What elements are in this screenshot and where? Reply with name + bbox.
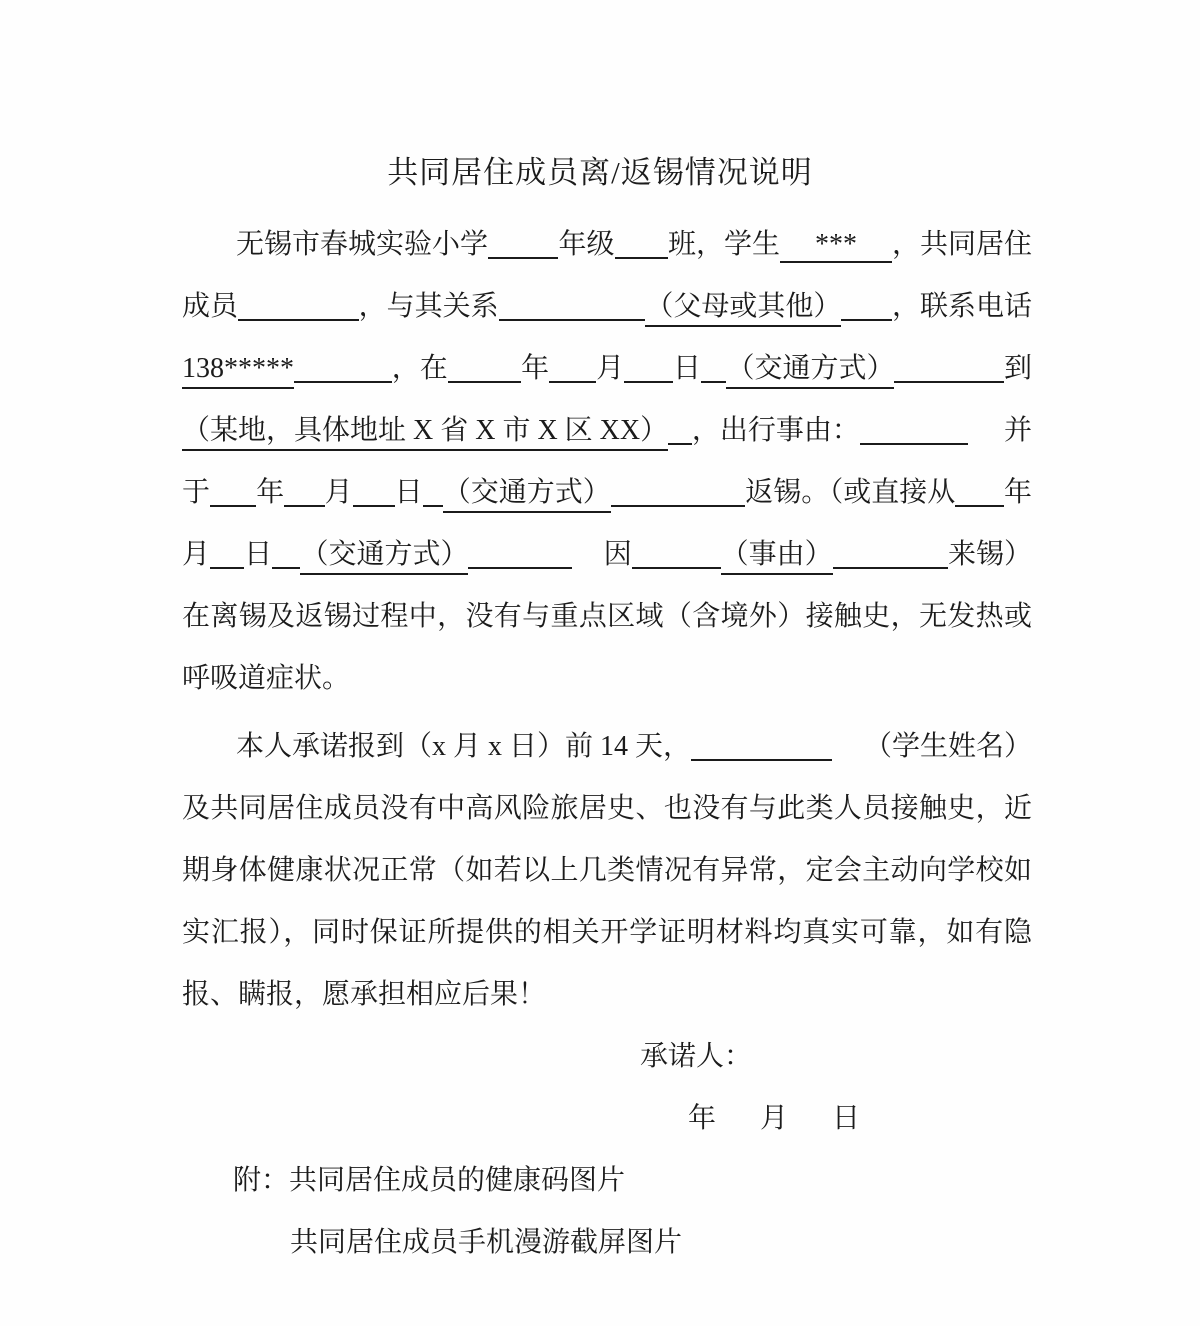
blank-field <box>833 567 948 569</box>
blank-field <box>423 505 443 507</box>
blank-field <box>210 505 256 507</box>
underlined-text-segment: 138***** <box>182 351 294 389</box>
text-segment: 月 <box>596 351 624 387</box>
text-segment: （学生姓名） <box>864 729 1032 765</box>
blank-field <box>353 505 395 507</box>
text-segment: ，出行事由： <box>692 413 860 449</box>
spacer <box>832 754 864 755</box>
blank-field <box>549 381 596 383</box>
blank-field <box>894 381 1004 383</box>
attachment-item-2: 共同居住成员手机漫游截屏图片 <box>290 1227 682 1258</box>
blank-field <box>272 567 300 569</box>
underlined-text-segment: （父母或其他） <box>645 289 841 327</box>
text-segment: 月 <box>325 475 353 511</box>
text-segment: 及共同居住成员没有中高风险旅居史、也没有与此类人员接触史，近 <box>182 793 1032 824</box>
text-segment: ，在 <box>392 351 448 387</box>
blank-field <box>624 381 673 383</box>
blank-field <box>615 257 668 259</box>
document-line: （某地，具体地址 X 省 X 市 X 区 XX），出行事由：并 <box>182 400 1032 462</box>
attachment-line-2: 共同居住成员手机漫游截屏图片 <box>182 1212 1032 1274</box>
blank-field <box>955 505 1004 507</box>
text-segment: 实汇报），同时保证所提供的相关开学证明材料均真实可靠，如有隐 <box>182 917 1032 948</box>
document-line: 报、瞒报，愿承担相应后果！ <box>182 964 1032 1026</box>
blank-field <box>611 505 745 507</box>
document-line: 于年月日（交通方式）返锡。（或直接从年 <box>182 462 1032 524</box>
text-segment: ，共同居住 <box>892 227 1032 263</box>
text-segment: 年 <box>1004 475 1032 511</box>
spacer <box>968 438 1004 439</box>
blank-field <box>238 319 359 321</box>
document-line: 月日（交通方式）因（事由）来锡） <box>182 524 1032 586</box>
attachment-line-1: 附：共同居住成员的健康码图片 <box>182 1150 1032 1212</box>
underlined-text-segment: （某地，具体地址 X 省 X 市 X 区 XX） <box>182 413 668 451</box>
text-segment: 呼吸道症状。 <box>182 663 350 694</box>
blank-field <box>210 567 244 569</box>
blank-field <box>668 443 692 445</box>
document-line: 138*****，在年月日（交通方式）到 <box>182 338 1032 400</box>
text-segment: 本人承诺报到（x 月 x 日）前 14 天， <box>236 729 691 765</box>
underlined-text-segment: （交通方式） <box>726 351 894 389</box>
text-segment: 年 <box>521 351 549 387</box>
attachment-item-1: 共同居住成员的健康码图片 <box>289 1165 625 1196</box>
document-line: 在离锡及返锡过程中，没有与重点区域（含境外）接触史，无发热或 <box>182 586 1032 648</box>
document-body: 无锡市春城实验小学年级班，学生***，共同居住成员，与其关系（父母或其他），联系… <box>182 214 1032 1026</box>
document-line: 本人承诺报到（x 月 x 日）前 14 天，（学生姓名） <box>182 716 1032 778</box>
text-segment: 于 <box>182 475 210 511</box>
text-segment: 成员 <box>182 289 238 325</box>
underlined-text-segment: （事由） <box>721 537 833 575</box>
document-line: 实汇报），同时保证所提供的相关开学证明材料均真实可靠，如有隐 <box>182 902 1032 964</box>
text-segment: ，联系电话 <box>892 289 1032 325</box>
document-line: 无锡市春城实验小学年级班，学生***，共同居住 <box>182 214 1032 276</box>
date-day-label: 日 <box>832 1101 860 1137</box>
document-line: 成员，与其关系（父母或其他），联系电话 <box>182 276 1032 338</box>
signature-line: 承诺人： <box>182 1026 1032 1088</box>
blank-field <box>468 567 572 569</box>
document-line: 及共同居住成员没有中高风险旅居史、也没有与此类人员接触史，近 <box>182 778 1032 840</box>
text-segment: ，与其关系 <box>359 289 499 325</box>
text-segment: 无锡市春城实验小学 <box>236 227 488 263</box>
date-month-label: 月 <box>760 1101 788 1137</box>
text-segment: 年 <box>256 475 284 511</box>
blank-field <box>499 319 646 321</box>
document-content: 无锡市春城实验小学年级班，学生***，共同居住成员，与其关系（父母或其他），联系… <box>182 214 1032 1274</box>
document-line: 期身体健康状况正常（如若以上几类情况有异常，定会主动向学校如 <box>182 840 1032 902</box>
underlined-text-segment: （交通方式） <box>443 475 611 513</box>
text-segment: 到 <box>1004 351 1032 387</box>
blank-field <box>284 505 324 507</box>
document-page: 共同居住成员离/返锡情况说明 无锡市春城实验小学年级班，学生***，共同居住成员… <box>0 0 1200 1326</box>
text-segment: 班，学生 <box>668 227 780 263</box>
blank-field-filled: *** <box>780 228 892 263</box>
text-segment: 因 <box>604 537 632 573</box>
blank-field <box>701 381 726 383</box>
text-segment: 月 <box>182 537 210 573</box>
document-line: 呼吸道症状。 <box>182 648 1032 710</box>
text-segment: 来锡） <box>948 537 1032 573</box>
spacer <box>572 562 603 563</box>
underlined-text-segment: （交通方式） <box>300 537 468 575</box>
blank-field <box>841 319 892 321</box>
text-segment: 年级 <box>558 227 614 263</box>
text-segment: 日 <box>673 351 701 387</box>
blank-field <box>860 443 968 445</box>
blank-field <box>632 567 721 569</box>
text-segment: 期身体健康状况正常（如若以上几类情况有异常，定会主动向学校如 <box>182 855 1032 886</box>
text-segment: 返锡。（或直接从 <box>745 475 955 511</box>
promiser-label: 承诺人： <box>640 1041 752 1072</box>
text-segment: 报、瞒报，愿承担相应后果！ <box>182 979 546 1010</box>
date-year-label: 年 <box>688 1101 716 1137</box>
blank-field <box>488 257 558 259</box>
blank-field <box>691 759 831 761</box>
text-segment: 日 <box>395 475 423 511</box>
text-segment: 并 <box>1004 413 1032 449</box>
document-title: 共同居住成员离/返锡情况说明 <box>0 0 1200 194</box>
text-segment: 在离锡及返锡过程中，没有与重点区域（含境外）接触史，无发热或 <box>182 601 1032 632</box>
blank-field <box>448 381 521 383</box>
attachment-prefix: 附： <box>233 1165 289 1196</box>
text-segment: 日 <box>244 537 272 573</box>
date-line: 年 月 日 <box>182 1088 1032 1150</box>
blank-field <box>294 381 392 383</box>
